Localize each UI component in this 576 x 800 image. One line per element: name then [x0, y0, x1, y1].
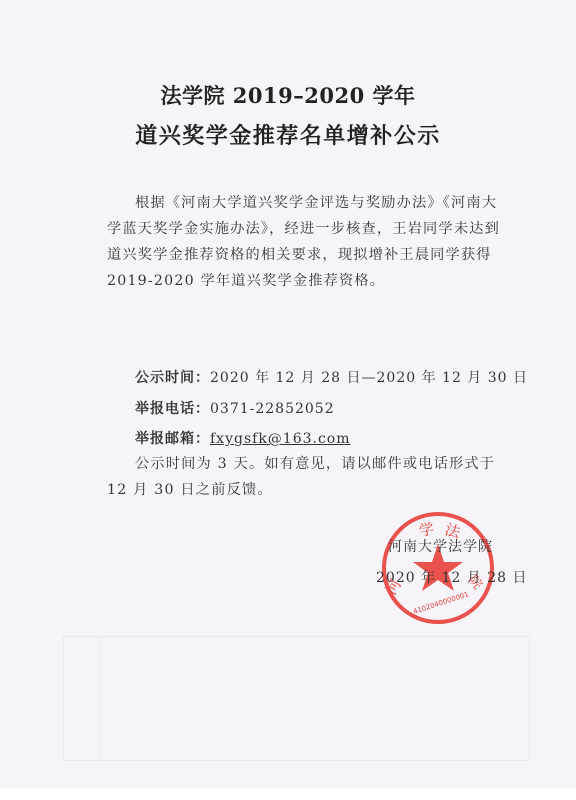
announcement-period: 公示时间：2020 年 12 月 28 日—2020 年 12 月 30 日: [135, 367, 528, 387]
signature-organization: 河南大学法学院: [388, 536, 493, 556]
announcement-period-label: 公示时间：: [135, 370, 210, 386]
report-email: 举报邮箱：fxygsfk@163.com: [135, 428, 351, 448]
report-email-label: 举报邮箱：: [135, 431, 210, 447]
scan-edge: [0, 788, 576, 800]
body-paragraph: 根据《河南大学道兴奖学金评选与奖励办法》《河南大学蓝天奖学金实施办法》，经进一步…: [107, 190, 502, 294]
report-phone-value: 0371-22852052: [210, 401, 335, 417]
svg-text:4102040000001: 4102040000001: [412, 590, 470, 616]
announcement-period-value: 2020 年 12 月 28 日—2020 年 12 月 30 日: [210, 370, 528, 386]
bleed-through-table: [63, 636, 530, 761]
document-title-line1: 法学院 2019–2020 学年: [0, 80, 576, 110]
report-phone-label: 举报电话：: [135, 401, 210, 417]
bleed-through-divider: [100, 637, 101, 760]
report-phone: 举报电话：0371-22852052: [135, 398, 335, 418]
document-page: 法学院 2019–2020 学年 道兴奖学金推荐名单增补公示 根据《河南大学道兴…: [0, 0, 576, 788]
report-email-link[interactable]: fxygsfk@163.com: [210, 431, 351, 447]
closing-paragraph: 公示时间为 3 天。如有意见，请以邮件或电话形式于 12 月 30 日之前反馈。: [107, 451, 502, 503]
signature-date: 2020 年 12 月 28 日: [376, 567, 528, 587]
document-title-line2: 道兴奖学金推荐名单增补公示: [0, 119, 576, 150]
